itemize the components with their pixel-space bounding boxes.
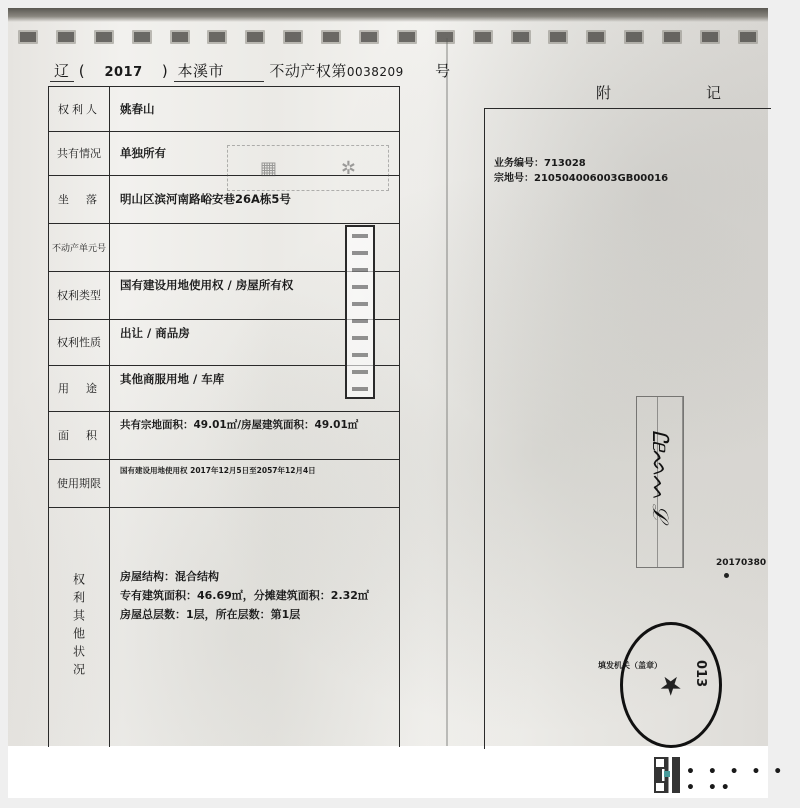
annex-details: 业务编号：713028 宗地号：210504006003GB00016: [494, 156, 668, 186]
star-icon: ★: [659, 670, 682, 700]
binding-hole: [700, 30, 720, 44]
qr-code-icon[interactable]: [654, 757, 680, 793]
binding-hole: [207, 30, 227, 44]
field-label: 共有情况: [49, 131, 110, 175]
binding-hole: [359, 30, 379, 44]
scan-top-shadow: [8, 8, 768, 22]
parcel-no-label: 宗地号：: [494, 173, 534, 184]
parcel-no: 210504006003GB00016: [534, 173, 668, 184]
floor-line: 房屋总层数：1层，所在层数：第1层: [120, 605, 300, 624]
open-paren: (: [79, 62, 85, 80]
binding-hole: [283, 30, 303, 44]
business-no-label: 业务编号：: [494, 158, 544, 169]
faded-seal-box: ▦✲: [227, 145, 389, 191]
close-paren: ): [162, 62, 168, 80]
cert-city: 本溪市: [174, 60, 265, 82]
binding-hole: [473, 30, 493, 44]
binding-hole: [170, 30, 190, 44]
table-row-other-status: 权利其他状况 房屋结构：混合结构 专有建筑面积：46.69㎡，分摊建筑面积：2.…: [49, 507, 399, 747]
field-value-other-status: 房屋结构：混合结构 专有建筑面积：46.69㎡，分摊建筑面积：2.32㎡ 房屋总…: [110, 507, 399, 747]
serial-dot: [724, 573, 729, 578]
binding-hole: [245, 30, 265, 44]
binding-hole: [738, 30, 758, 44]
field-label: 权利其他状况: [49, 507, 110, 747]
issuing-authority-label: 填发机关（盖章）: [598, 660, 662, 671]
field-label: 面 积: [49, 411, 110, 459]
field-label: 不动产单元号: [49, 223, 110, 271]
rights-table: 权利人 姚春山 共有情况 单独所有 坐 落 明山区滨河南路峪安巷26A栋5号 不…: [48, 86, 400, 747]
field-label: 用 途: [49, 365, 110, 411]
table-row-area: 面 积 共有宗地面积：49.01㎡/房屋建筑面积：49.01㎡: [49, 411, 399, 460]
binding-holes: [18, 30, 758, 44]
field-label: 坐 落: [49, 175, 110, 223]
field-value-area: 共有宗地面积：49.01㎡/房屋建筑面积：49.01㎡: [110, 411, 399, 459]
field-label: 权利性质: [49, 319, 110, 365]
cert-suffix: 号: [435, 60, 451, 81]
serial-number: 20170380: [716, 558, 766, 568]
annex-title: 附 记: [596, 82, 761, 103]
area-detail-line: 专有建筑面积：46.69㎡，分摊建筑面积：2.32㎡: [120, 586, 369, 605]
binding-hole: [18, 30, 38, 44]
binding-hole: [56, 30, 76, 44]
binding-hole: [548, 30, 568, 44]
binding-hole: [132, 30, 152, 44]
field-value-holder: 姚春山: [110, 87, 399, 131]
page-fold: [446, 38, 448, 746]
binding-hole: [624, 30, 644, 44]
binding-hole: [662, 30, 682, 44]
vertical-seal-strip: [345, 225, 375, 399]
binding-hole: [435, 30, 455, 44]
table-row-holder: 权利人 姚春山: [49, 87, 399, 132]
certificate-header: 辽 ( 2017 ) 本溪市 不动产权第0038209 号: [50, 52, 451, 82]
binding-hole: [94, 30, 114, 44]
binding-hole: [586, 30, 606, 44]
field-label: 使用期限: [49, 459, 110, 507]
field-label: 权利类型: [49, 271, 110, 319]
field-label: 权利人: [49, 87, 110, 131]
cert-year: 2017: [90, 65, 156, 80]
province-abbr: 辽: [50, 60, 74, 82]
field-value-term: 国有建设用地使用权 2017年12月5日至2057年12月4日: [110, 459, 399, 507]
table-row-term: 使用期限 国有建设用地使用权 2017年12月5日至2057年12月4日: [49, 459, 399, 508]
binding-hole: [511, 30, 531, 44]
business-no: 713028: [544, 158, 586, 169]
cert-prefix: 不动产权第: [269, 60, 347, 81]
binding-hole: [397, 30, 417, 44]
handwritten-signature: Ꮭᥱᨒᨓ ℒ: [612, 430, 672, 590]
structure-line: 房屋结构：混合结构: [120, 567, 219, 586]
cert-number: 0038209: [347, 65, 404, 79]
seal-number: 013: [693, 660, 708, 687]
more-dots: • • • • • • ••: [686, 764, 800, 796]
binding-hole: [321, 30, 341, 44]
